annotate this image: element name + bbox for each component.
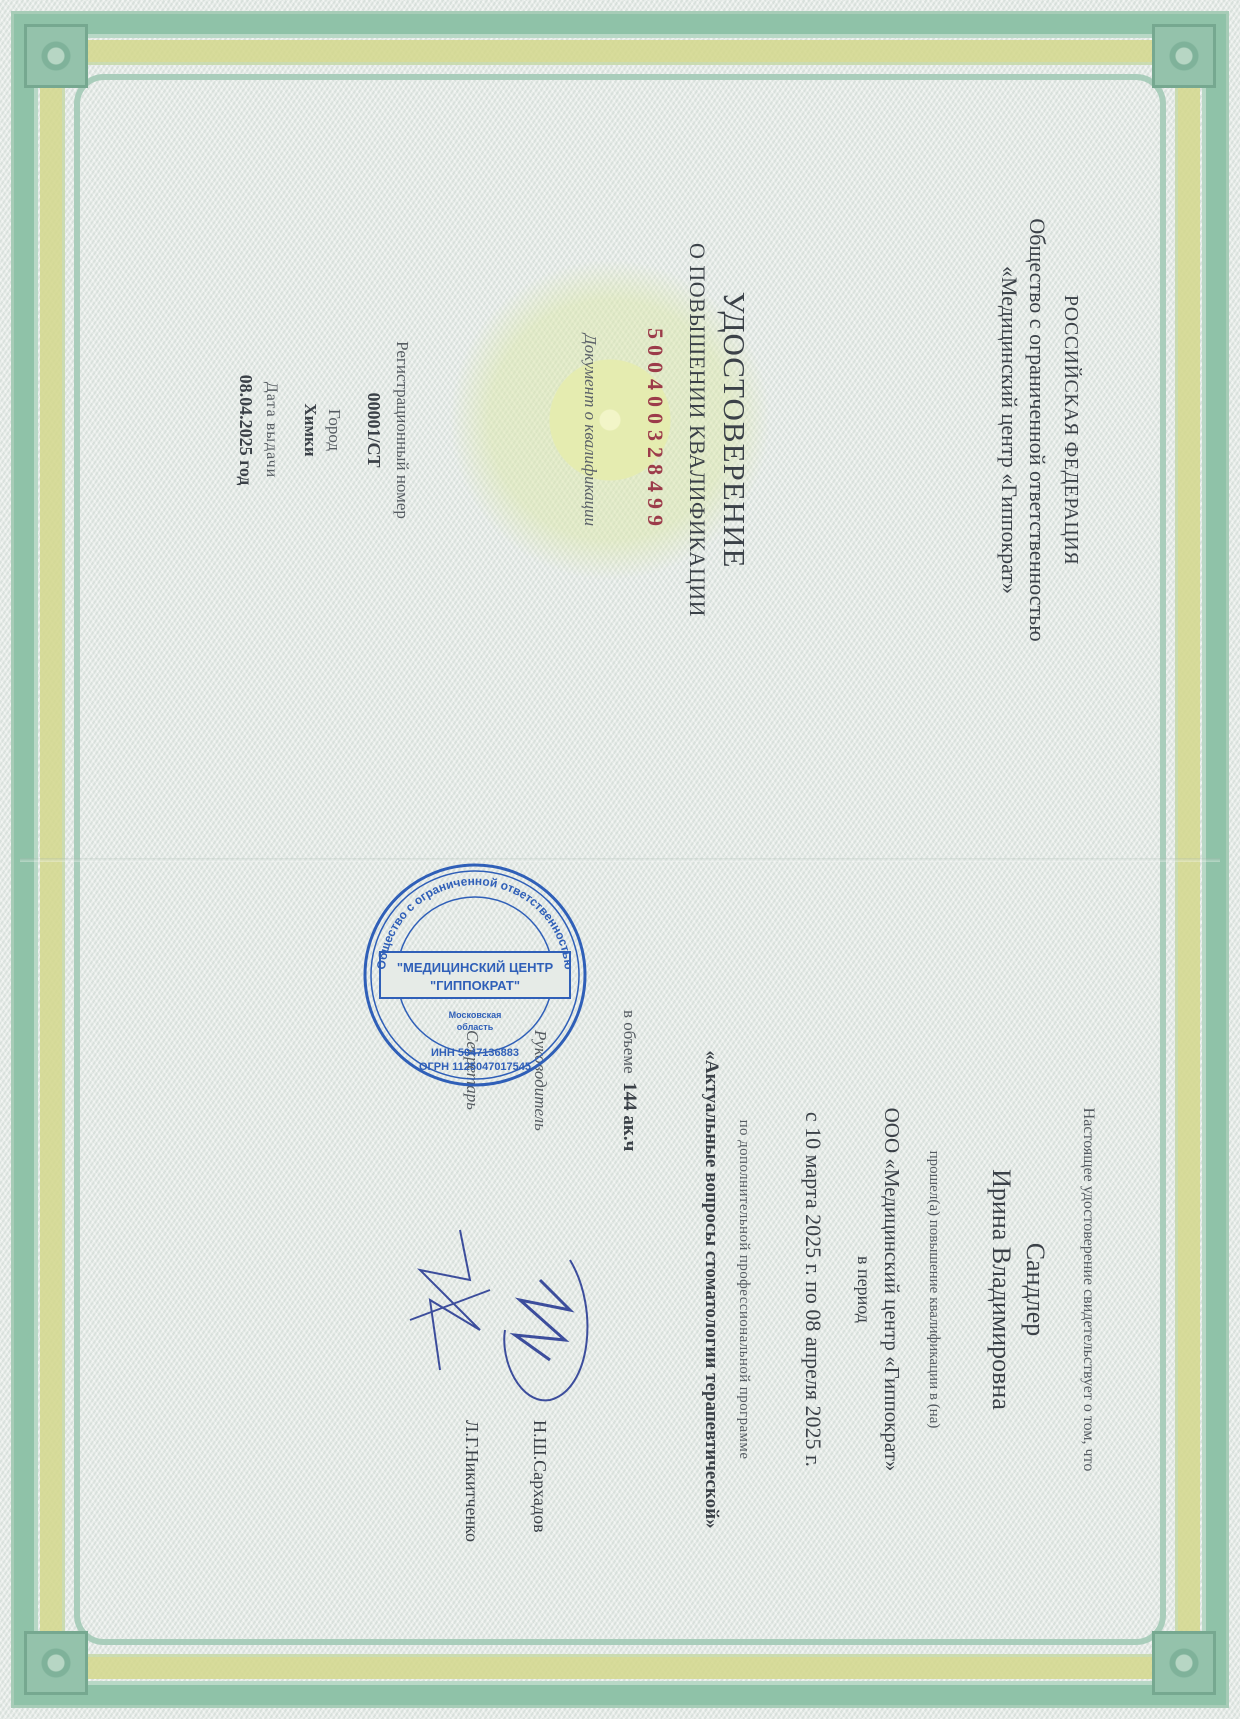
- svg-text:область: область: [457, 1022, 494, 1032]
- registration-label: Регистрационный номер: [392, 0, 412, 860]
- holder-surname: Сандлер: [1020, 860, 1050, 1719]
- registration-number: 00001/СТ: [363, 0, 384, 860]
- city-value: Химки: [300, 0, 320, 860]
- company-seal-icon: Общество с ограниченной ответственностью…: [360, 860, 590, 1090]
- svg-text:"МЕДИЦИНСКИЙ ЦЕНТР: "МЕДИЦИНСКИЙ ЦЕНТР: [397, 960, 554, 975]
- program-label: по дополнительной профессиональной прогр…: [735, 860, 752, 1719]
- issuer-line-2: «Медицинский центр «Гиппократ»: [996, 0, 1022, 860]
- period-label: в период: [853, 860, 874, 1719]
- training-dates: с 10 марта 2025 г. по 08 апреля 2025 г.: [800, 860, 826, 1719]
- director-signature-icon: [490, 1240, 600, 1410]
- holder-given-names: Ирина Владимировна: [986, 860, 1016, 1719]
- program-title: «Актуальные вопросы стоматологии терапев…: [700, 860, 722, 1719]
- document-title: УДОСТОВЕРЕНИЕ: [716, 0, 752, 860]
- volume-label: в объеме: [620, 1010, 639, 1074]
- city-label: Город: [324, 0, 344, 860]
- document-type: Документ о квалификации: [580, 0, 600, 860]
- volume-value: 144 ак.ч: [619, 1082, 640, 1151]
- issue-date-label: Дата выдачи: [262, 0, 280, 860]
- issuer-line-1: Общество с ограниченной ответственностью: [1024, 0, 1050, 860]
- secretary-signature-icon: [400, 1220, 500, 1390]
- country-heading: РОССИЙСКАЯ ФЕДЕРАЦИЯ: [1059, 0, 1082, 860]
- qualification-certificate: РОССИЙСКАЯ ФЕДЕРАЦИЯ Общество с ограниче…: [0, 0, 1240, 1719]
- director-name: Н.Ш.Сархадов: [529, 1420, 550, 1533]
- volume: в объеме 144 ак.ч: [618, 1010, 640, 1151]
- svg-text:"ГИППОКРАТ": "ГИППОКРАТ": [430, 978, 520, 993]
- svg-text:ИНН 5047136883: ИНН 5047136883: [431, 1047, 519, 1059]
- serial-number: 500400328499: [642, 0, 668, 860]
- document-subtitle: О ПОВЫШЕНИИ КВАЛИФИКАЦИИ: [684, 0, 710, 860]
- secretary-name: Л.Г.Никитченко: [461, 1420, 482, 1542]
- completion-text: прошел(а) повышение квалификации в (на): [925, 860, 942, 1719]
- right-page: Настоящее удостоверение свидетельствует …: [0, 860, 1240, 1719]
- training-organization: ООО «Медицинский центр «Гиппократ»: [879, 860, 904, 1719]
- intro-text: Настоящее удостоверение свидетельствует …: [1079, 860, 1097, 1719]
- issue-date: 08.04.2025 год: [235, 0, 256, 860]
- svg-text:ОГРН 1125047017545: ОГРН 1125047017545: [419, 1061, 531, 1073]
- svg-text:Московская: Московская: [449, 1010, 502, 1020]
- left-page: РОССИЙСКАЯ ФЕДЕРАЦИЯ Общество с ограниче…: [0, 0, 1240, 860]
